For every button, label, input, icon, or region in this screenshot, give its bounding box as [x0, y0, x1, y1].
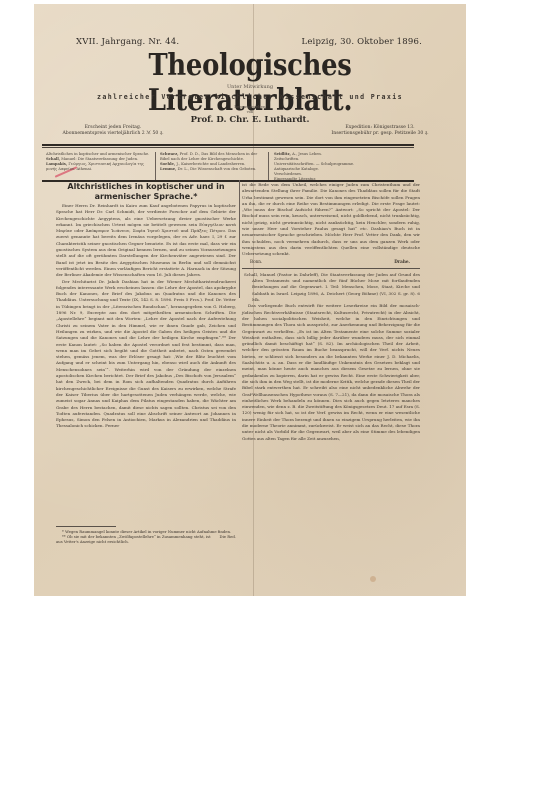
- article-paragraph: Einer Herrn Dr. Reinhardt in Kairo zum K…: [56, 203, 236, 279]
- subtitle: zahlreicher Vertreter kirchlicher Wissen…: [34, 93, 466, 101]
- column-divider: [239, 180, 240, 298]
- place-date: Leipzig, 30. Oktober 1896.: [301, 37, 422, 47]
- expedition-info: Expedition: Königsstrasse 13. Insertions…: [300, 125, 460, 137]
- signature-name: Drahe.: [394, 259, 410, 265]
- editor-von: von: [34, 110, 466, 114]
- table-of-contents-col1: Altchristliches in koptischer und armeni…: [46, 152, 150, 172]
- table-of-contents-col2: Schwarz, Prof. D. D., Das Bild des Mensc…: [160, 152, 264, 172]
- editor-prefix: herausgegeben: [34, 104, 466, 109]
- toc-entry: Lampakis, Γεώργιος, Χριστιανική Αρχαιολο…: [46, 162, 150, 172]
- footnote: ** Ob sie mit der bekannten „Zwölfaposte…: [56, 534, 236, 544]
- publication-info: Erscheint jeden Freitag. Abonnementsprei…: [38, 125, 188, 137]
- article-paragraph: Der Mechitarist Dr. Jakob Dashian hat in…: [56, 279, 236, 430]
- article-column-left: Altchristliches in koptischer und in arm…: [56, 182, 236, 430]
- header-rule: [42, 144, 414, 146]
- editor-name: Prof. D. Chr. E. Luthardt.: [34, 115, 466, 125]
- insertion-fee: Insertionsgebühr pr. gesp. Petitzeile 30…: [300, 131, 460, 137]
- toc-entry: Schwarz, Prof. D. D., Das Bild des Mensc…: [160, 152, 264, 162]
- newspaper-page: XVII. Jahrgang. Nr. 44. Leipzig, 30. Okt…: [34, 4, 466, 596]
- article-signature: Bonn. Drahe.: [242, 258, 420, 265]
- review-divider: [242, 268, 420, 269]
- footnote-rule: [56, 526, 116, 527]
- article-column-right: ist die Rede von dem Unheil, welches ein…: [242, 182, 420, 442]
- table-of-contents-col3: Seidlitz, A., Jesus Leben. Zeitschriften…: [274, 152, 394, 182]
- article-paragraph: ist die Rede von dem Unheil, welches ein…: [242, 182, 420, 258]
- footnotes: * Wegen Raummangel konnte dieser Artikel…: [56, 526, 236, 545]
- review-body: Das vorliegende Buch entwirft für weiter…: [242, 303, 420, 442]
- toc-divider: [155, 152, 156, 180]
- volume-number: XVII. Jahrgang. Nr. 44.: [76, 37, 179, 47]
- article-title: Altchristliches in koptischer und in arm…: [56, 182, 236, 201]
- toc-entry: Lemme, Dr. L., Die Wissenschaft von den …: [160, 167, 264, 172]
- signature-place: Bonn.: [250, 259, 262, 265]
- toc-divider: [268, 152, 269, 180]
- review-heading: Schall, Manuel (Pastor in Dahrleff), Die…: [242, 272, 420, 303]
- subtitle-small: Unter Mitwirkung: [34, 84, 466, 90]
- subscription-price: Abonnementspreis vierteljährlich 2 ℳ 50 …: [38, 131, 188, 137]
- header-rule-thin: [42, 147, 414, 148]
- paper-stain: [370, 576, 376, 582]
